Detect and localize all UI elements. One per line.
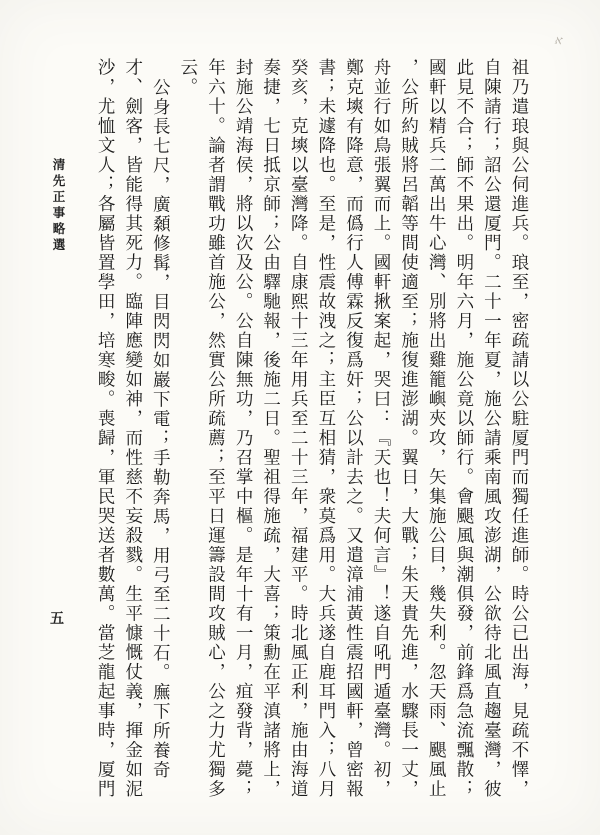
text-column: 國軒以精兵二萬出牛心灣、別將出雞籠嶼夾攻，矢集施公目，幾失利。忽天雨、颶風止 [422,58,450,800]
text-column: 祖乃遣琅與公伺進兵。琅至，密疏請以公駐厦門而獨任進師。時公已出海，見疏不懌， [504,58,532,800]
text-column: 癸亥，克塽以臺灣降。自康熙十三年用兵至二十三年，福建平。時北風正利，施由海道 [284,58,312,800]
text-column: 鄭克塽有降意，而僞行人傅霖反復爲奸；公以計去之。又遣漳浦黃性震招國軒，曾密報 [339,58,367,800]
text-column: 舟並行如鳥張翼而上。國軒揪案起，哭曰：『天也！夫何言』！遂自吼門遁臺灣。初， [366,58,394,800]
main-text-block: 祖乃遣琅與公伺進兵。琅至，密疏請以公駐厦門而獨任進師。時公已出海，見疏不懌， 自… [91,58,533,800]
text-column: 才、劍客，皆能得其死力。臨陣應變如神，而性慈不妄殺戮。生平慷慨仗義，揮金如泥 [118,58,146,800]
text-column: 此見不合；師不果出。明年六月，施公竟以師行。會颶風與潮俱發，前鋒爲急流飄散； [449,58,477,800]
text-column: 封施公靖海侯，將以次及公。公自陳無功，乃召掌中樞。是年十有一月，疽發背，薨； [228,58,256,800]
corner-pencil-mark: א [554,33,563,49]
text-column: 沙，尤恤文人；各屬皆置學田，培寒畯。喪歸，軍民哭送者數萬。當芝龍起事時，厦門 [91,58,119,800]
text-column: 年六十。論者謂戰功雖首施公，然實公所疏薦；至平日運籌設間攻賊心，公之力尤獨多 [201,58,229,800]
text-column-paragraph-start: 公身長七尺，廣顙修髯，目閃閃如巖下電；手勒奔馬，用弓至二十石。廡下所養奇 [146,58,174,800]
text-column: ，公所約賊將呂韜等間使適至；施復進澎湖。翼日，大戰；朱天貴先進，水驟長一丈， [394,58,422,800]
text-column: 書；未遽降也。至是，性震故洩之；主臣互相猜，衆莫爲用。大兵遂自鹿耳門入；八月 [311,58,339,800]
text-column: 自陳請行；詔公還厦門。二十一年夏，施公請乘南風攻澎湖，公欲待北風直趨臺灣，彼 [477,58,505,800]
book-page: א 祖乃遣琅與公伺進兵。琅至，密疏請以公駐厦門而獨任進師。時公已出海，見疏不懌，… [0,0,600,835]
page-number: 五 [50,608,64,628]
margin-running-title: 清先正事略選 [49,158,67,254]
text-column: 云。 [173,58,201,800]
text-column: 奏捷，七日抵京師；公由驛馳報，後施二日。聖祖得施疏，大喜；策勳在平滇諸將上， [256,58,284,800]
